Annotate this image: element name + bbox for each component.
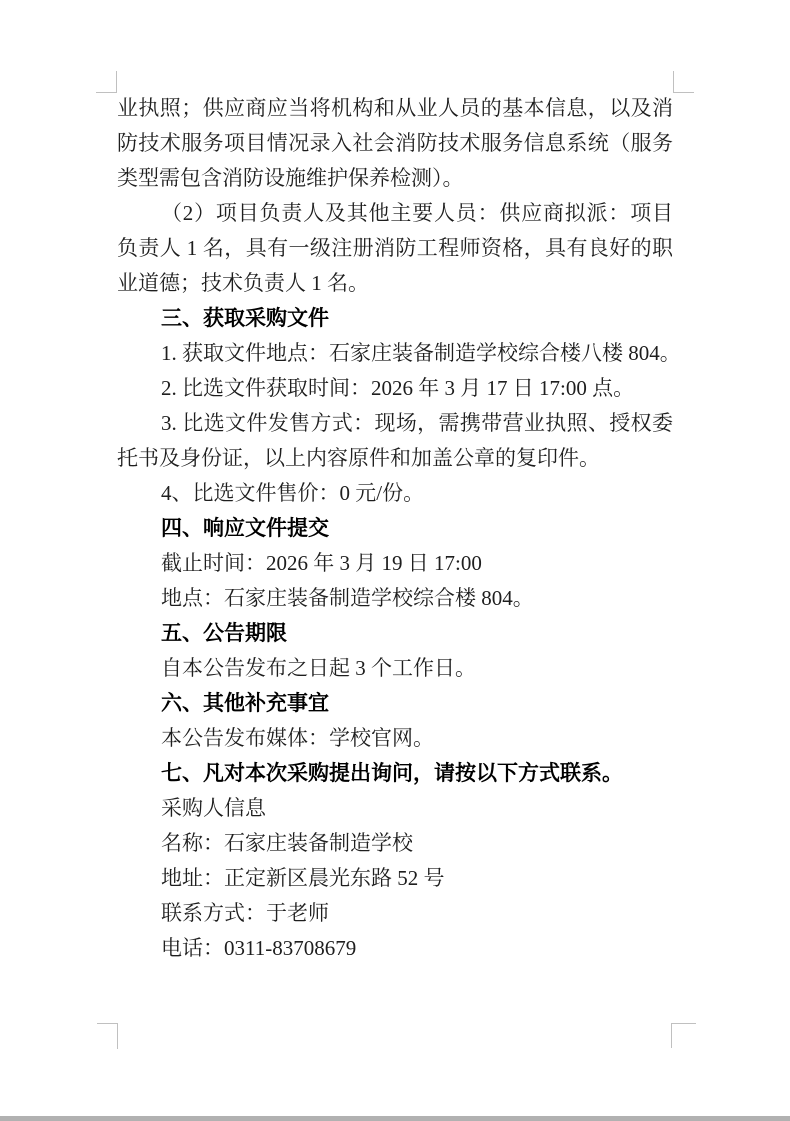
doc-text-line: 业执照；供应商应当将机构和从业人员的基本信息，以及消 — [117, 91, 673, 126]
text-boundary-mark-top-left — [96, 71, 117, 93]
doc-text-line: 3. 比选文件发售方式：现场，需携带营业执照、授权委 — [117, 406, 673, 441]
doc-text-line: 地址：正定新区晨光东路 52 号 — [117, 861, 673, 896]
text-boundary-mark-top-right — [673, 71, 694, 93]
doc-text-line: 名称：石家庄装备制造学校 — [117, 826, 673, 861]
doc-heading-line: 五、公告期限 — [117, 616, 673, 651]
doc-heading-line: 四、响应文件提交 — [117, 511, 673, 546]
page-bottom-edge — [0, 1116, 790, 1121]
doc-text-line: 自本公告发布之日起 3 个工作日。 — [117, 651, 673, 686]
doc-text-line: 业道德；技术负责人 1 名。 — [117, 266, 673, 301]
document-content: 业执照；供应商应当将机构和从业人员的基本信息，以及消防技术服务项目情况录入社会消… — [117, 91, 673, 966]
doc-text-line: 类型需包含消防设施维护保养检测）。 — [117, 161, 673, 196]
doc-text-line: 采购人信息 — [117, 791, 673, 826]
doc-text-line: 负责人 1 名，具有一级注册消防工程师资格，具有良好的职 — [117, 231, 673, 266]
doc-text-line: 截止时间：2026 年 3 月 19 日 17:00 — [117, 546, 673, 581]
doc-heading-line: 六、其他补充事宜 — [117, 686, 673, 721]
doc-text-line: 防技术服务项目情况录入社会消防技术服务信息系统（服务 — [117, 126, 673, 161]
doc-heading-line: 七、凡对本次采购提出询问，请按以下方式联系。 — [117, 756, 673, 791]
doc-text-line: 2. 比选文件获取时间：2026 年 3 月 17 日 17:00 点。 — [117, 371, 673, 406]
doc-text-line: 4、比选文件售价：0 元/份。 — [117, 476, 673, 511]
doc-text-line: 地点：石家庄装备制造学校综合楼 804。 — [117, 581, 673, 616]
text-boundary-mark-bottom-left — [97, 1023, 118, 1049]
doc-text-line: （2）项目负责人及其他主要人员：供应商拟派：项目 — [117, 196, 673, 231]
doc-text-line: 1. 获取文件地点：石家庄装备制造学校综合楼八楼 804。 — [117, 336, 673, 371]
doc-text-line: 联系方式：于老师 — [117, 896, 673, 931]
doc-text-line: 托书及身份证，以上内容原件和加盖公章的复印件。 — [117, 441, 673, 476]
doc-heading-line: 三、获取采购文件 — [117, 301, 673, 336]
doc-text-line: 电话：0311-83708679 — [117, 931, 673, 966]
text-boundary-mark-bottom-right — [671, 1023, 696, 1048]
doc-text-line: 本公告发布媒体：学校官网。 — [117, 721, 673, 756]
document-page: 业执照；供应商应当将机构和从业人员的基本信息，以及消防技术服务项目情况录入社会消… — [0, 0, 790, 1121]
